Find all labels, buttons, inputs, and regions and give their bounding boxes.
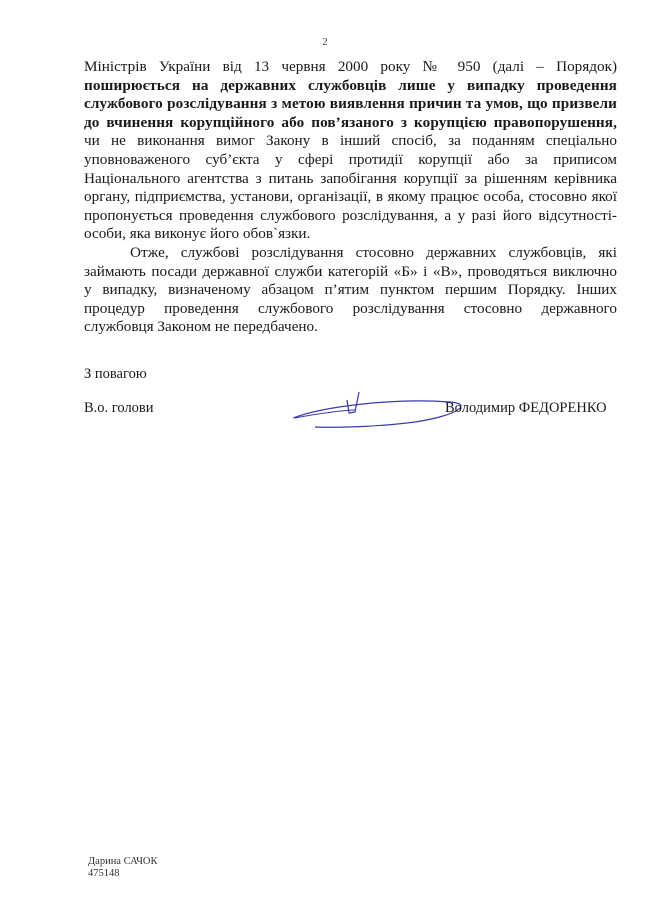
text-line-bold: поширюється на державних службовців лише…: [84, 77, 617, 96]
text-line: органу, підприємства, установи, організа…: [84, 188, 617, 207]
text-line-bold: службового розслідування з метою виявлен…: [84, 95, 617, 114]
text-line: процедур проведення службового розслідув…: [84, 300, 617, 319]
text-line: займають посади державної служби категор…: [84, 263, 617, 282]
text-line: пропонується проведення службового розсл…: [84, 207, 617, 226]
text-line: уповноваженого суб’єкта у сфері протидії…: [84, 151, 617, 170]
letter-body: Міністрів України від 13 червня 2000 рок…: [84, 58, 617, 337]
paragraph-2: Отже, службові розслідування стосовно де…: [84, 244, 617, 337]
text-line: чи не виконання вимог Закону в інший спо…: [84, 132, 617, 151]
signer-position: В.о. голови: [84, 400, 154, 417]
text-line: Отже, службові розслідування стосовно де…: [84, 244, 617, 263]
text-line-bold: до вчинення корупційного або пов’язаного…: [84, 114, 617, 133]
handwritten-signature-icon: [285, 388, 465, 438]
executor-phone: 475148: [88, 868, 157, 880]
page-number: 2: [0, 36, 650, 48]
paragraph-1: Міністрів України від 13 червня 2000 рок…: [84, 58, 617, 244]
text-line: Національного агентства з питань запобіг…: [84, 170, 617, 189]
text-line: особи, яка виконує його обов`язки.: [84, 225, 617, 244]
closing-salutation: З повагою: [84, 366, 147, 383]
text-line: Міністрів України від 13 червня 2000 рок…: [84, 58, 617, 77]
executor-info: Дарина САЧОК 475148: [88, 856, 157, 880]
signer-name: Володимир ФЕДОРЕНКО: [445, 400, 607, 417]
text-line: у випадку, визначеному абзацом п’ятим пу…: [84, 281, 617, 300]
text-line: службовця Законом не передбачено.: [84, 318, 617, 337]
executor-name: Дарина САЧОК: [88, 856, 157, 868]
